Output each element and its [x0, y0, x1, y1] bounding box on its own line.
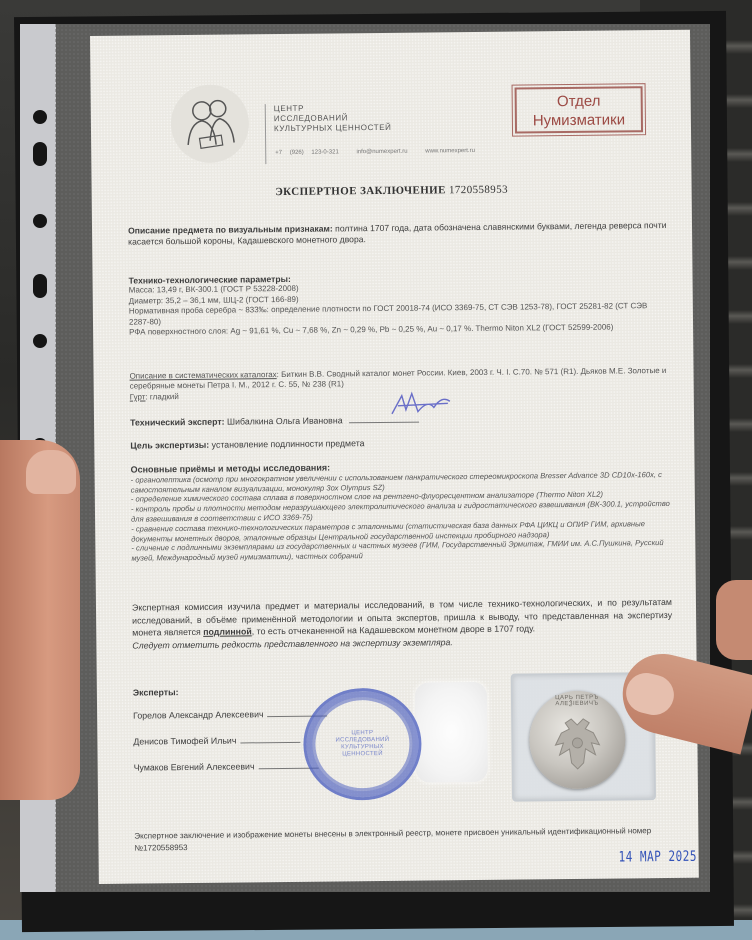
coin-image: ЦАРЬ ПЕТРЪ АЛЕѮIЕВИЧЪ: [529, 690, 626, 789]
phone: +7 (926) 123-0-321: [275, 149, 339, 156]
binder-hole: [33, 142, 47, 166]
verdict: подлинной: [203, 627, 252, 638]
expert-name: Чумаков Евгений Алексеевич: [134, 761, 255, 772]
department-stamp: Отдел Нумизматики: [515, 86, 643, 133]
seal-text: ЦЕНТР ИССЛЕДОВАНИЙ КУЛЬТУРНЫХ ЦЕННОСТЕЙ: [332, 730, 392, 759]
contact-line: +7 (926) 123-0-321 info@numexpert.ru www…: [275, 148, 485, 156]
purpose-section: Цель экспертизы: установление подлинност…: [130, 435, 670, 452]
registry-note: Экспертное заключение и изображение моне…: [134, 825, 674, 855]
technical-expert-name: Шибалкина Ольга Ивановна: [225, 415, 343, 426]
document-title: ЭКСПЕРТНОЕ ЗАКЛЮЧЕНИЕ 1720558953: [92, 182, 692, 200]
binder-hole: [33, 274, 47, 298]
email: info@numexpert.ru: [356, 149, 407, 156]
signature-line: [240, 742, 300, 744]
signature-line: [349, 422, 419, 424]
description-section: Описание предмета по визуальным признака…: [128, 220, 668, 248]
edge-label: Гурт: [130, 392, 146, 401]
date-stamp: 14 МАР 2025: [619, 848, 698, 866]
binder-hole: [33, 334, 47, 348]
purpose-label: Цель экспертизы:: [130, 440, 209, 451]
parameters-section: Технико-технологические параметры: Масса…: [129, 270, 670, 338]
purpose-text: установление подлинности предмета: [209, 438, 364, 450]
org-line: культурных ценностей: [274, 123, 392, 134]
double-headed-eagle-icon: [551, 715, 604, 772]
conclusion-text-end: , то есть отчеканенной на Кадашевском мо…: [252, 624, 535, 637]
conclusion-section: Экспертная комиссия изучила предмет и ма…: [132, 596, 672, 652]
certificate-number: 1720558953: [449, 184, 508, 197]
edge-value: : гладкий: [145, 392, 179, 401]
coin-legend: ЦАРЬ ПЕТРЪ АЛЕѮIЕВИЧЪ: [539, 695, 615, 708]
signature-icon: [388, 389, 458, 420]
department-line: Отдел: [517, 91, 641, 111]
website: www.numexpert.ru: [425, 148, 475, 155]
logo-icon: [171, 84, 250, 163]
right-finger: [716, 580, 752, 660]
expert-name: Денисов Тимофей Ильич: [133, 736, 236, 747]
left-thumbnail: [26, 450, 76, 494]
catalog-label: Описание в систематических каталогах: [130, 370, 277, 381]
left-hand: [0, 440, 80, 800]
registry-text: Экспертное заключение и изображение моне…: [134, 826, 651, 852]
expert-name: Горелов Александр Алексеевич: [133, 709, 264, 720]
methods-section: Основные приёмы и методы исследования: -…: [131, 460, 672, 564]
hologram-sticker: [415, 682, 488, 783]
binder-hole: [33, 110, 47, 124]
technical-expert-label: Технический эксперт:: [130, 417, 225, 428]
department-line: Нумизматики: [517, 110, 641, 130]
title-label: ЭКСПЕРТНОЕ ЗАКЛЮЧЕНИЕ: [275, 184, 446, 198]
certificate-document: Центр исследований культурных ценностей …: [90, 30, 699, 884]
binder-hole: [33, 214, 47, 228]
